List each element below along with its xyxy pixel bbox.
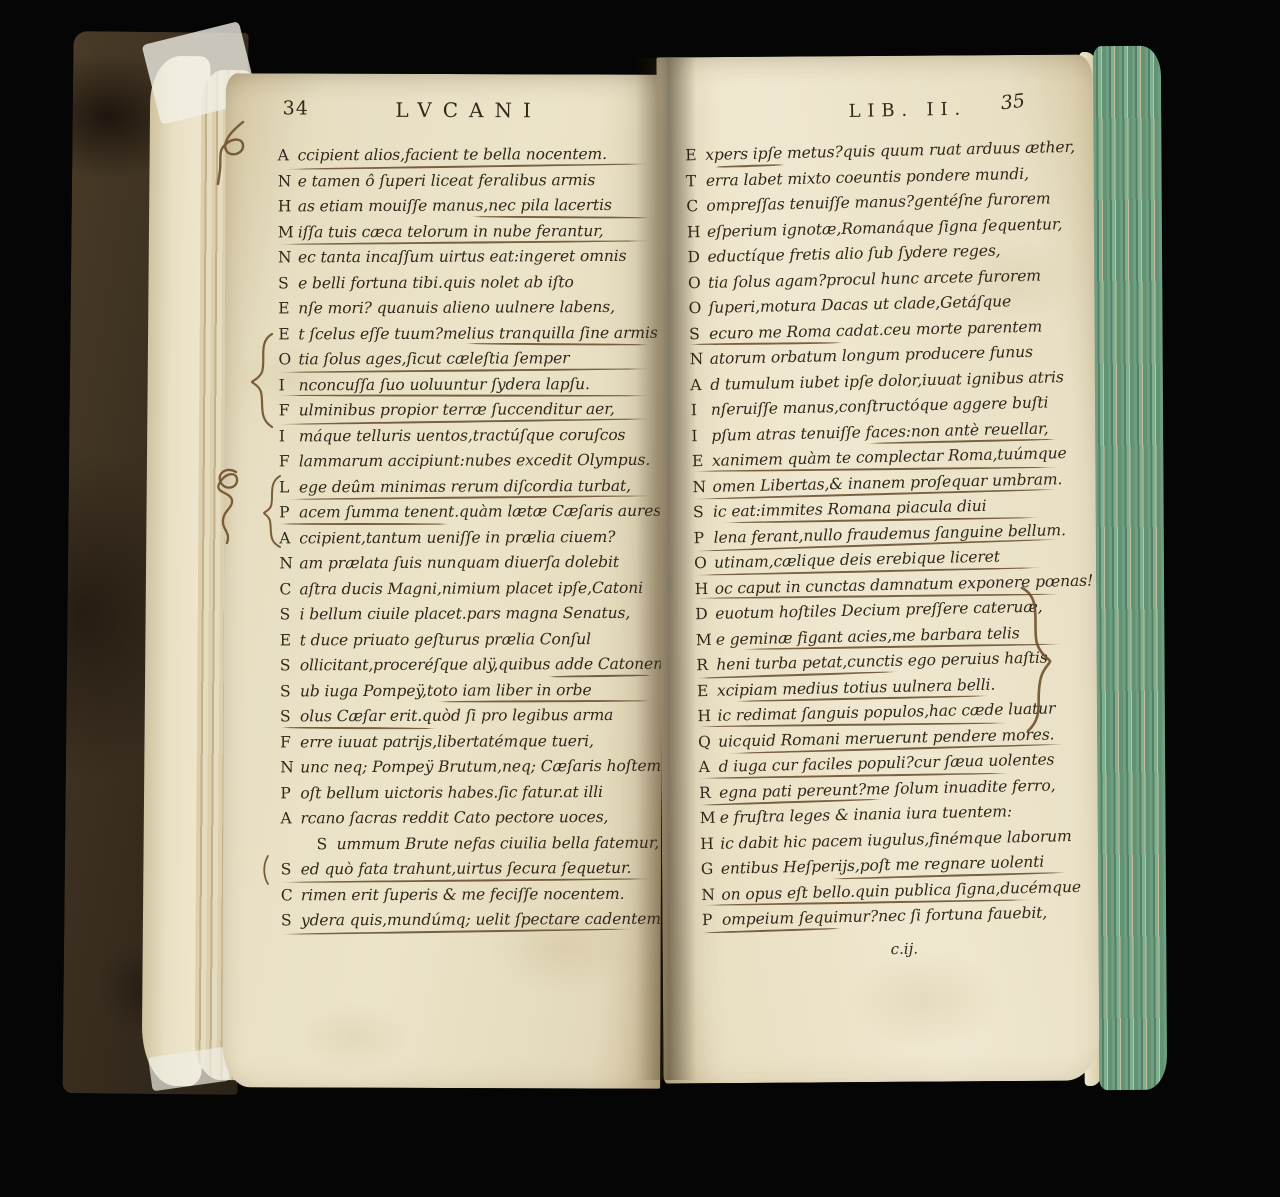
verse-text: erra labet mixto coeuntis pondere mundi, <box>706 164 1029 189</box>
verse-text: iſſa tuis cæca telorum in nube ferantur, <box>298 221 604 240</box>
initial-capital: S <box>278 271 293 297</box>
verse-text: lena ferant,nullo fraudemus ſanguine bel… <box>713 521 1066 547</box>
left-page: 34 LVCANI Accipient alios,facient te bel… <box>222 73 664 1089</box>
initial-capital: C <box>281 883 296 909</box>
verse-line: Sed quò fata trahunt,uirtus ſecura ſeque… <box>281 856 653 883</box>
verse-text: oſt bellum uictoris habes.ſic fatur.at i… <box>300 783 603 802</box>
verse-text: ulminibus propior terræ ſuccenditur aer, <box>299 400 615 419</box>
verse-text: eſperium ignotæ,Romanáque ſigna ſequentu… <box>707 215 1063 241</box>
initial-capital: S <box>281 908 296 934</box>
initial-capital: G <box>701 857 717 883</box>
initial-capital: A <box>279 526 294 552</box>
verse-line: Imáque telluris uentos,tractúſque coruſc… <box>279 422 651 449</box>
verse-line: Si bellum ciuile placet.pars magna Senat… <box>280 601 652 628</box>
verse-line: Arcano ſacras reddit Cato pectore uoces, <box>280 805 652 832</box>
verse-line: Ne tamen ô ſuperi liceat feralibus armis <box>278 167 650 194</box>
verse-text: ccipient alios,facient te bella nocentem… <box>298 145 607 164</box>
initial-capital: N <box>279 551 294 577</box>
initial-capital: F <box>279 398 294 424</box>
verse-line: Caſtra ducis Magni,nimium placet ipſe,Ca… <box>279 575 651 602</box>
gutter-shadow <box>636 58 696 1080</box>
running-header-right: LIB. II. <box>803 98 1013 123</box>
initial-capital: P <box>702 908 718 934</box>
page-number-right: 35 <box>1000 90 1026 115</box>
initial-capital: C <box>279 577 294 603</box>
verse-text: nconcuſſa ſuo uoluuntur ſydera lapſu. <box>299 375 590 394</box>
verse-text: e fruſtra leges & inania iura tuentem: <box>720 802 1013 826</box>
initial-capital: P <box>280 781 295 807</box>
verse-line: Ferre iuuat patrijs,libertatémque tueri, <box>280 728 652 755</box>
verse-text: am prælata ſuis nunquam diuerſa dolebit <box>299 553 619 572</box>
verse-line: Se belli fortuna tibi.quis nolet ab iſto <box>278 269 650 296</box>
verse-text: egna pati pereunt?me ſolum inuadite ferr… <box>719 776 1056 801</box>
initial-capital: P <box>279 500 294 526</box>
initial-capital: E <box>278 296 293 322</box>
right-page-verse-text: Expers ipſe metus?quis quum ruat arduus … <box>685 135 1068 933</box>
verse-text: ummum Brute nefas ciuilia bella fatemur, <box>337 833 660 852</box>
verse-text: omen Libertas,& inanem proſequar umbram. <box>712 470 1062 496</box>
initial-capital: N <box>278 245 293 271</box>
verse-text: euotum hoſtiles Decium preſſere cateruæ, <box>715 598 1043 623</box>
initial-capital: S <box>280 602 295 628</box>
initial-capital: R <box>699 780 715 806</box>
verse-line: Nunc neq; Pompeÿ Brutum,neq; Cæſaris hoſ… <box>280 754 652 781</box>
verse-text: nſeruiſſe manus,conſtructóque aggere buſ… <box>711 393 1049 418</box>
verse-text: rimen erit ſuperis & me feciſſe nocentem… <box>301 884 625 903</box>
initial-capital: S <box>280 679 295 705</box>
verse-text: as etiam mouiſſe manus,nec pila lacertis <box>298 196 612 215</box>
verse-line: Accipient alios,facient te bella nocente… <box>278 142 650 169</box>
verse-line: Nam prælata ſuis nunquam diuerſa dolebit <box>279 550 651 577</box>
verse-line: Solus Cæſar erit.quòd ſi pro legibus arm… <box>280 703 652 730</box>
initial-capital: E <box>697 678 713 704</box>
initial-capital: S <box>317 832 332 858</box>
initial-capital: E <box>280 628 295 654</box>
initial-capital: F <box>280 730 295 756</box>
verse-text: olus Cæſar erit.quòd ſi pro legibus arma <box>300 706 613 725</box>
fore-edge-green <box>1093 46 1167 1090</box>
verse-text: ollicitant,proceréſque alÿ,quibus adde C… <box>300 655 668 675</box>
initial-capital: N <box>278 169 293 195</box>
verse-line: Et ſcelus eſſe tuum?melius tranquilla ſi… <box>278 320 650 347</box>
verse-line: Sollicitant,proceréſque alÿ,quibus adde … <box>280 652 652 679</box>
running-header-left: LVCANI <box>354 98 584 123</box>
verse-text: ydera quis,mundúmq; uelit ſpectare caden… <box>301 910 661 930</box>
initial-capital: O <box>694 551 710 577</box>
verse-text: ccipient,tantum ueniſſe in prælia ciuem? <box>299 527 615 546</box>
verse-text: lammarum accipiunt:nubes excedit Olympus… <box>299 451 650 471</box>
verse-text: ec tanta incaſſum uirtus eat:ingeret omn… <box>298 247 626 266</box>
verse-line: Miſſa tuis cæca telorum in nube ferantur… <box>278 218 650 245</box>
verse-line: Accipient,tantum ueniſſe in prælia ciuem… <box>279 524 651 551</box>
initial-capital: Q <box>698 729 714 755</box>
verse-text: aſtra ducis Magni,nimium placet ipſe,Cat… <box>299 578 643 597</box>
verse-text: acem ſumma tenent.quàm lætæ Cæſaris aure… <box>299 502 661 522</box>
verse-text: ecuro me Roma cadat.ceu morte parentem <box>709 317 1042 342</box>
initial-capital: A <box>278 143 293 169</box>
verse-text: tia ſolus agam?procul hunc arcete furore… <box>708 266 1041 291</box>
verse-text: ub iuga Pompeÿ,toto iam liber in orbe <box>300 681 592 700</box>
initial-capital: M <box>278 220 293 246</box>
verse-text: ed quò fata trahunt,uirtus ſecura ſequet… <box>301 859 632 878</box>
initial-capital: M <box>699 806 715 832</box>
signature-mark: c.ij. <box>890 940 918 959</box>
verse-line: Has etiam mouiſſe manus,nec pila lacerti… <box>278 193 650 220</box>
verse-line: Flammarum accipiunt:nubes excedit Olympu… <box>279 448 651 475</box>
initial-capital: L <box>279 475 294 501</box>
initial-capital: M <box>696 627 712 653</box>
verse-text: t ſcelus eſſe tuum?melius tranquilla ſin… <box>298 323 657 343</box>
right-page: LIB. II. 35 Expers ipſe metus?quis quum … <box>656 54 1099 1083</box>
verse-text: ege deûm minimas rerum diſcordia turbat, <box>299 476 631 495</box>
left-page-verse-text: Accipient alios,facient te bella nocente… <box>278 142 653 934</box>
verse-text: xanimem quàm te complectar Roma,tuúmque <box>712 444 1067 470</box>
verse-text: ſuperi,motura Dacas ut clade,Getáſque <box>708 292 1011 317</box>
verse-line: Fulminibus propior terræ ſuccenditur aer… <box>279 397 651 424</box>
initial-capital: F <box>279 449 294 475</box>
verse-text: ic redimat ſanguis populos,hac cæde luat… <box>717 699 1055 724</box>
initial-capital: E <box>278 322 293 348</box>
verse-text: i bellum ciuile placet.pars magna Senatu… <box>300 604 631 623</box>
verse-line: Sub iuga Pompeÿ,toto iam liber in orbe <box>280 677 652 704</box>
verse-text: heni turba petat,cunctis ego peruius haſ… <box>716 649 1048 674</box>
initial-capital: S <box>280 653 295 679</box>
initial-capital: N <box>280 755 295 781</box>
verse-text: ompeium ſequimur?nec ſi fortuna fauebit, <box>722 904 1048 929</box>
verse-text: ic dabit hic pacem iugulus,finémque labo… <box>720 827 1072 853</box>
verse-text: xpers ipſe metus?quis quum ruat arduus æ… <box>705 138 1075 164</box>
initial-capital: I <box>279 424 294 450</box>
page-number-left: 34 <box>283 97 309 119</box>
initial-capital: S <box>280 704 295 730</box>
verse-line: Otia ſolus ages,ſicut cæleſtia ſemper <box>278 346 650 373</box>
verse-text: eductíque fretis alio ſub ſydere reges, <box>707 241 1000 265</box>
initial-capital: O <box>278 347 293 373</box>
verse-text: unc neq; Pompeÿ Brutum,neq; Cæſaris hoſt… <box>300 757 666 777</box>
verse-line: Enſe mori? quanuis alieno uulnere labens… <box>278 295 650 322</box>
verse-text: atorum orbatum longum producere funus <box>710 343 1034 368</box>
verse-text: rcano ſacras reddit Cato pectore uoces, <box>300 808 608 827</box>
open-book-photograph: 34 LVCANI Accipient alios,facient te bel… <box>0 0 1280 1197</box>
verse-text: d tumulum iubet ipſe dolor,iuuat ignibus… <box>710 368 1064 394</box>
verse-line: Sydera quis,mundúmq; uelit ſpectare cade… <box>281 907 653 934</box>
verse-line: Nec tanta incaſſum uirtus eat:ingeret om… <box>278 244 650 271</box>
initial-capital: H <box>700 831 716 857</box>
verse-line: Inconcuſſa ſuo uoluuntur ſydera lapſu. <box>279 371 651 398</box>
verse-line: Crimen erit ſuperis & me feciſſe nocente… <box>281 881 653 908</box>
verse-text: tia ſolus ages,ſicut cæleſtia ſemper <box>298 349 569 368</box>
verse-text: t duce priuato geſturus prælia Conſul <box>300 630 591 649</box>
initial-capital: R <box>696 653 712 679</box>
verse-text: ompreſſas tenuiſſe manus?gentéſne furore… <box>706 189 1050 215</box>
verse-line: Poſt bellum uictoris habes.ſic fatur.at … <box>280 779 652 806</box>
verse-text: máque telluris uentos,tractúſque coruſco… <box>299 425 626 444</box>
verse-text: e belli fortuna tibi.quis nolet ab iſto <box>298 273 574 292</box>
verse-line: Summum Brute nefas ciuilia bella fatemur… <box>281 830 653 857</box>
initial-capital: S <box>281 857 296 883</box>
initial-capital: A <box>280 806 295 832</box>
verse-text: erre iuuat patrijs,libertatémque tueri, <box>300 732 594 751</box>
verse-line: Lege deûm minimas rerum diſcordia turbat… <box>279 473 651 500</box>
verse-text: e tamen ô ſuperi liceat feralibus armis <box>298 171 596 190</box>
verse-text: nſe mori? quanuis alieno uulnere labens, <box>298 298 615 317</box>
initial-capital: D <box>695 602 711 628</box>
verse-text: d iuga cur faciles populi?cur ſæua uolen… <box>718 750 1054 775</box>
initial-capital: H <box>278 194 293 220</box>
verse-line: Et duce priuato geſturus prælia Conſul <box>280 626 652 653</box>
verse-line: Pacem ſumma tenent.quàm lætæ Cæſaris aur… <box>279 499 651 526</box>
